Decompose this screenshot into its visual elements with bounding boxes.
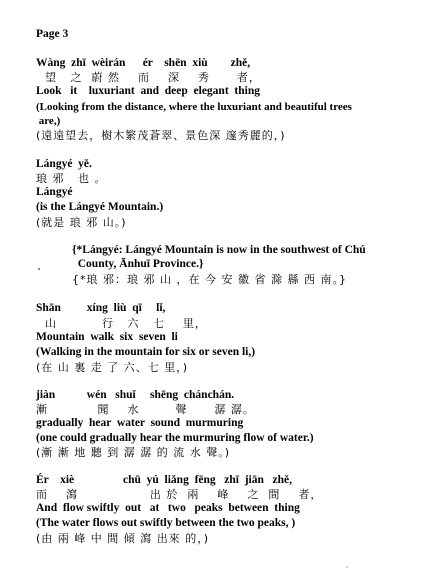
- stray-dot: [38, 268, 40, 270]
- chinese-translation: (遠遠望去，樹木繁茂蒼翠、景色深 邃秀麗的，): [36, 129, 286, 142]
- chinese-translation: (由 兩 峰 中 間 傾 瀉 出來 的，): [36, 532, 209, 545]
- english-translation: (Walking in the mountain for six or seve…: [36, 346, 255, 359]
- page-label: Page 3: [36, 28, 68, 41]
- pinyin-line: Ér xiè chū yú liǎng fēng zhī jiān zhě,: [36, 474, 292, 487]
- chinese-translation: (就是 琅 邪 山。): [36, 216, 127, 229]
- chinese-translation: (漸 漸 地 聽 到 潺 潺 的 流 水 聲。): [36, 446, 230, 459]
- gloss-line: Mountain walk six seven li: [36, 331, 178, 344]
- gloss-line: gradually hear water sound murmuring: [36, 417, 243, 430]
- gloss-line: Look it luxuriant and deep elegant thing: [36, 85, 260, 98]
- footnote-chinese: {*琅 邪：琅 邪 山 ，在 今 安 徽 省 滁 縣 西 南。}: [72, 273, 347, 286]
- english-translation-cont: are,): [36, 115, 60, 128]
- chinese-line: 琅 邪 也 。: [36, 172, 106, 185]
- gloss-line: And flow swiftly out at two peaks betwee…: [36, 502, 300, 515]
- pinyin-line: Lángyé yě.: [36, 158, 92, 171]
- chinese-line: 山 行 六 七 里，: [36, 317, 207, 330]
- chinese-line: 而 瀉 出 於 兩 峰 之 間 者，: [36, 488, 322, 501]
- pinyin-line: jiàn wén shuǐ shēng chánchán.: [36, 389, 234, 402]
- pinyin-line: Shān xíng liù qī lǐ,: [36, 302, 165, 315]
- english-translation: (is the Lángyé Mountain.): [36, 201, 163, 214]
- gloss-line: Lángyé: [36, 186, 72, 199]
- chinese-line: 漸 聞 水 聲 潺 潺。: [36, 403, 255, 416]
- english-translation: (one could gradually hear the murmuring …: [36, 432, 314, 445]
- footnote-line-2: County, Ānhuī Province.}: [72, 258, 203, 271]
- pinyin-line: Wàng zhī wèirán ér shēn xiù zhě,: [36, 57, 250, 70]
- chinese-line: 望 之 蔚 然 而 深 秀 者，: [36, 71, 261, 84]
- chinese-translation: (在 山 裏 走 了 六、七 里，): [36, 361, 188, 374]
- english-translation: (Looking from the distance, where the lu…: [36, 101, 352, 114]
- english-translation: (The water flows out swiftly between the…: [36, 517, 295, 530]
- footnote-line-1: {*Lángyé: Lángyé Mountain is now in the …: [72, 244, 366, 257]
- scan-speck: [346, 566, 348, 568]
